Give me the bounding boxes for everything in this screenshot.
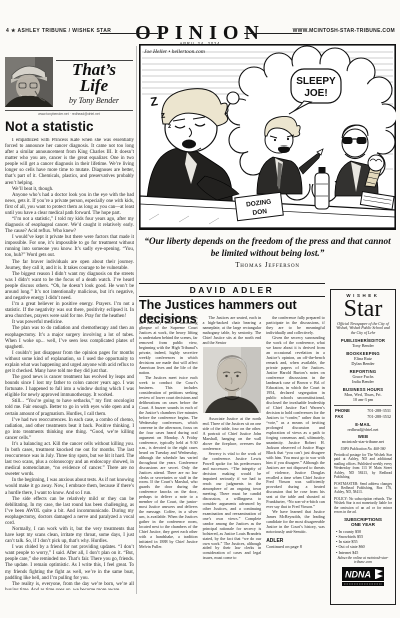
paragraph: The good news is cancer treatment has ev… [5, 375, 134, 399]
postage-notice: Periodical postage for The Wishek Star p… [334, 453, 392, 480]
paragraph: The plan was to do radiation and chemoth… [5, 326, 134, 350]
thats-life-article-body: I empathized with Princess Kate when she… [5, 138, 134, 590]
subscriptions-header: SUBSCRIPTIONS ONE YEAR [334, 517, 392, 527]
paragraph: In the beginning, I was anxious about te… [5, 478, 134, 496]
paragraph: The biggest reason I didn’t want my diag… [5, 272, 134, 302]
column-divider [136, 46, 137, 594]
fax-label: FAX [335, 414, 343, 419]
masthead-paper-name: Star [334, 298, 392, 321]
phone-row: PHONE 701-288-3531 [334, 408, 392, 413]
paragraph: I couldn’t just disappear from the opini… [5, 351, 134, 375]
author-contact-line: www.tonybender.net · redhead@drtel.net [5, 112, 133, 116]
speech-bubble-line2: JOE! [304, 88, 327, 99]
paragraph: Associate Justice at the north end. Thre… [203, 416, 262, 451]
postmaster-notice: POSTMASTER: Send address changes to: Red… [334, 482, 392, 495]
fax-row: FAX 701-288-3532 [334, 414, 392, 419]
article-headline-not-a-statistic: Not a statistic [5, 119, 133, 134]
editorial-cartoon: Joe Heller • hellertoon.com Z [139, 44, 396, 230]
paragraph: Anyone who’s had a doctor look you in th… [5, 193, 134, 217]
paragraph: The Justices are seated, each in a high-… [203, 315, 262, 345]
hours-time: 10 am-3 pm [334, 397, 392, 402]
thats-life-byline: by Tony Bender [54, 96, 134, 105]
usps-line: USPS Publication No. 468-380 [334, 447, 392, 451]
paragraph: Secrecy is vital to the work of the conf… [203, 451, 262, 561]
email-address: redhead@drtel.net [334, 427, 392, 432]
paragraph: Normally, I can work with it, but the ve… [5, 527, 134, 545]
paragraph: We have learned that Justice James McRey… [266, 509, 325, 534]
adler-column-2: The Justices are seated, each in a high-… [203, 315, 262, 611]
adler-column-1: While oral argument provides the citizen… [139, 315, 198, 611]
kicker-rule-bottom [139, 296, 325, 297]
policy-notice: POLICY: No subscription refunds. The Wis… [334, 497, 392, 515]
paragraph: I’ve had two reoccurrences. In each case… [5, 418, 134, 442]
david-adler-photo [203, 347, 261, 413]
paragraph: Still... “You’re going to have setbacks,… [5, 399, 134, 417]
paragraph: I empathized with Princess Kate when she… [5, 138, 134, 187]
paragraph: Given the secrecy surrounding the work o… [266, 335, 325, 509]
adler-article-body: While oral argument provides the citizen… [139, 315, 325, 611]
phone-number: 701-288-3531 [367, 408, 391, 413]
cartoonist-signature: Joe Heller • hellertoon.com [144, 49, 205, 55]
paragraph: The Justices meet twice each week to con… [139, 375, 198, 549]
subscribe-note: Subscribe online at mcintosh-star-tribun… [334, 556, 392, 564]
masthead-tagline: Official Newspaper of the City of Wishek… [334, 322, 392, 336]
fax-number: 701-288-3532 [367, 414, 391, 419]
publisher-name: Tony Bender [334, 343, 392, 348]
masthead-sidebar: WISHEK Star Official Newspaper of the Ci… [330, 289, 396, 605]
paragraph: I was chided by a friend for not providi… [5, 545, 134, 581]
subscription-rates: • In county $50 • Snowbirds $55 • In sta… [334, 529, 392, 556]
quote-attribution: Thomas Jefferson [139, 261, 396, 269]
thats-life-divider [5, 110, 133, 111]
paragraph: It’s a balancing act. Kill the cancer ce… [5, 442, 134, 478]
pull-quote: “Our liberty depends on the freedom of t… [139, 236, 396, 269]
paragraph: “I’m not a statistic,” I told my kids fo… [5, 217, 134, 235]
paragraph: I’m a great believer in positive energy.… [5, 302, 134, 320]
paragraph: The reality is, everyone, from the day w… [5, 582, 134, 590]
paragraph: I would’ve kept it private but there wer… [5, 235, 134, 259]
paragraph: The far braver individuals are open abou… [5, 260, 134, 272]
paragraph: The side effects can be relatively mild … [5, 497, 134, 527]
quote-text: “Our liberty depends on the freedom of t… [139, 236, 396, 259]
continued-note: Continued on page 8 [266, 544, 325, 549]
bookkeeping-name: Dylan Bender [334, 361, 392, 366]
tony-bender-photo [5, 57, 53, 107]
reporting-name: India Bender [334, 379, 392, 384]
phone-label: PHONE [335, 408, 350, 413]
paragraph: While oral argument provides the citizen… [139, 315, 198, 375]
ndna-text: NDNA [345, 570, 371, 580]
adler-column-3: the conference fully prepared to partici… [266, 315, 325, 611]
newspaper-opinion-page: 4 ★ ASHLEY TRIBUNE / WISHEK STAR OPINION… [0, 0, 400, 618]
web-address: mcintosh-star-tribune.net [334, 439, 392, 444]
banner-rule-left [100, 33, 158, 34]
columnist-kicker: DAVID ADLER [139, 285, 325, 295]
water-bottle [315, 167, 329, 209]
website-url: WWW.MCINTOSH-STAR-TRIBUNE.COM [293, 28, 395, 34]
speech-bubble-line1: SLEEPY [296, 76, 336, 87]
rate-item: • Internet $45 [336, 550, 392, 555]
kicker-rule-top [139, 283, 325, 284]
ndna-logo: NDNA [342, 567, 384, 587]
thats-life-title: That’s Life [54, 62, 134, 94]
sidebar-divider [334, 405, 392, 406]
paragraph: the conference fully prepared to partici… [266, 315, 325, 335]
